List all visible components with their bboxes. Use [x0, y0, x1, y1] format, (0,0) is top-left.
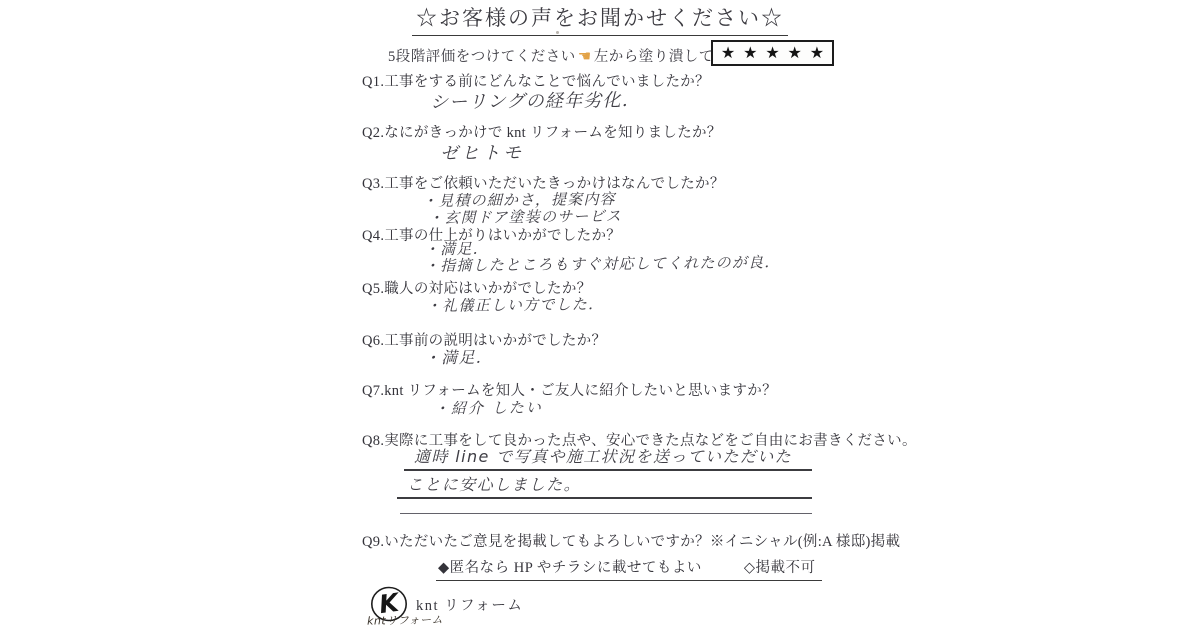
answer-line-q8-1: 適時 line で写真や施工状況を送っていただいた	[404, 445, 812, 471]
star-icon: ★	[788, 45, 802, 61]
publish-option-anonymous-ok: ◆匿名なら HP やチラシに載せてもよい	[438, 560, 702, 576]
answer-q5: ・礼儀正しい方でした．	[426, 293, 604, 316]
survey-sheet: ☆お客様の声をお聞かせください☆ 5段階評価をつけてください☚左から塗り潰してく…	[0, 0, 1200, 630]
question-q4: Q4.工事の仕上がりはいかがでしたか？	[362, 224, 621, 245]
star-icon: ★	[721, 45, 735, 61]
pointing-hand-icon: ☚	[576, 47, 594, 65]
publish-options: ◆匿名なら HP やチラシに載せてもよい◇掲載不可	[436, 556, 822, 581]
answer-q8-1: 適時 line で写真や施工状況を送っていただいた	[414, 444, 792, 467]
question-q9: Q9.いただいたご意見を掲載してもよろしいですか？※イニシャル(例:A 様邸)掲…	[362, 530, 900, 551]
star-rating-box: ★ ★ ★ ★ ★	[711, 40, 834, 66]
star-icon: ★	[810, 45, 824, 61]
page-title-row: ☆お客様の声をお聞かせください☆	[0, 2, 1200, 36]
logo-script-signature: kntリフォーム	[367, 611, 443, 628]
question-q2: Q2.なにがきっかけで knt リフォームを知りましたか？	[362, 121, 722, 142]
star-icon: ★	[765, 45, 779, 61]
answer-q1: シーリングの経年劣化．	[430, 86, 641, 114]
page-title: ☆お客様の声をお聞かせください☆	[412, 2, 788, 36]
publish-option-not-allowed: ◇掲載不可	[744, 560, 816, 576]
answer-q6: ・満足．	[424, 345, 493, 369]
star-icon: ★	[743, 45, 757, 61]
answer-q7: ・紹介 したい	[434, 396, 543, 418]
answer-q4-2: ・指摘したところもすぐ対応してくれたのが良．	[424, 251, 781, 276]
answer-line-q8-2: ことに安心しました。	[397, 473, 812, 499]
question-q7: Q7.knt リフォームを知人・ご友人に紹介したいと思いますか？	[362, 379, 777, 400]
answer-line-q8-3-blank	[400, 500, 812, 514]
answer-q2: ゼヒトモ	[440, 139, 524, 166]
scan-speck	[556, 31, 559, 34]
rating-instruction-before: 5段階評価をつけてください	[388, 49, 576, 65]
answer-q8-2: ことに安心しました。	[407, 472, 581, 495]
